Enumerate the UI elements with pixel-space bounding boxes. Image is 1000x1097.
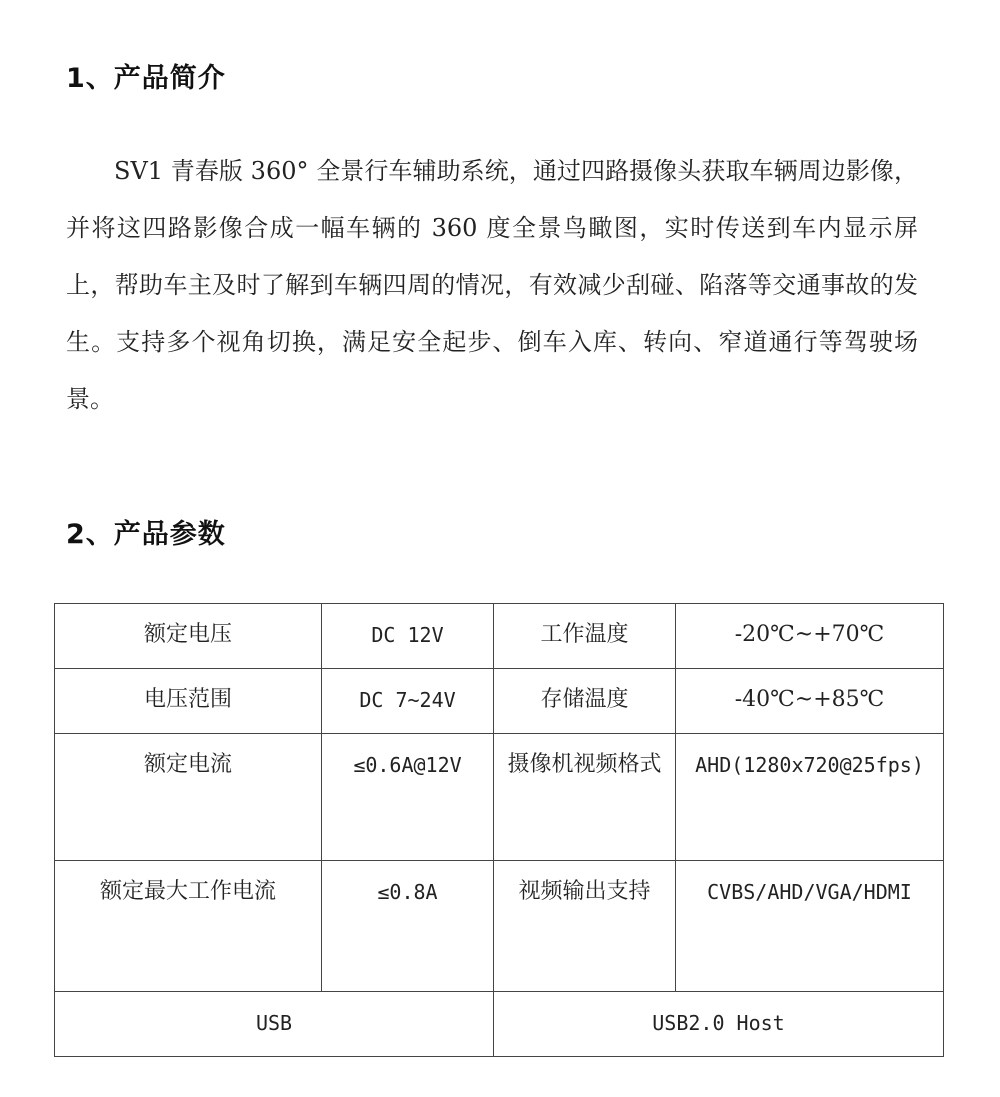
- spec-value-cell: AHD(1280x720@25fps): [676, 734, 944, 861]
- spec-label: 视频输出支持: [494, 861, 675, 923]
- spec-value: -20℃~+70℃: [676, 604, 944, 669]
- intro-paragraph: SV1 青春版 360° 全景行车辅助系统，通过四路摄像头获取车辆周边影像，并将…: [66, 143, 918, 428]
- spec-value: DC 12V: [322, 604, 494, 669]
- table-row: 额定电压 DC 12V 工作温度 -20℃~+70℃: [55, 604, 944, 669]
- section-heading-intro: 1、产品简介: [66, 56, 226, 95]
- table-row: 电压范围 DC 7~24V 存储温度 -40℃~+85℃: [55, 669, 944, 734]
- spec-value: ≤0.6A@12V: [322, 734, 494, 861]
- spec-label: 摄像机视频格式: [494, 734, 675, 796]
- spec-value: USB2.0 Host: [494, 992, 944, 1057]
- spec-label: 额定电流: [55, 734, 322, 861]
- spec-label: 额定电压: [55, 604, 322, 669]
- table-row: USB USB2.0 Host: [55, 992, 944, 1057]
- table-row: 额定电流 ≤0.6A@12V 摄像机视频格式 AHD(1280x720@25fp…: [55, 734, 944, 861]
- spec-label: 电压范围: [55, 669, 322, 734]
- spec-value: ≤0.8A: [322, 861, 494, 992]
- spec-label: 存储温度: [494, 669, 676, 734]
- section-heading-params: 2、产品参数: [66, 512, 226, 551]
- table-row: 额定最大工作电流 ≤0.8A 视频输出支持 CVBS/AHD/VGA/HDMI: [55, 861, 944, 992]
- spec-label: 额定最大工作电流: [55, 861, 322, 992]
- spec-table: 额定电压 DC 12V 工作温度 -20℃~+70℃ 电压范围 DC 7~24V…: [54, 603, 944, 1057]
- spec-label-cell: 摄像机视频格式: [494, 734, 676, 861]
- spec-label: USB: [55, 992, 494, 1057]
- spec-label: 工作温度: [494, 604, 676, 669]
- spec-value: DC 7~24V: [322, 669, 494, 734]
- spec-value: CVBS/AHD/VGA/HDMI: [676, 861, 944, 992]
- spec-value: -40℃~+85℃: [676, 669, 944, 734]
- spec-label-cell: 视频输出支持: [494, 861, 676, 992]
- spec-value: AHD(1280x720@25fps): [676, 734, 943, 796]
